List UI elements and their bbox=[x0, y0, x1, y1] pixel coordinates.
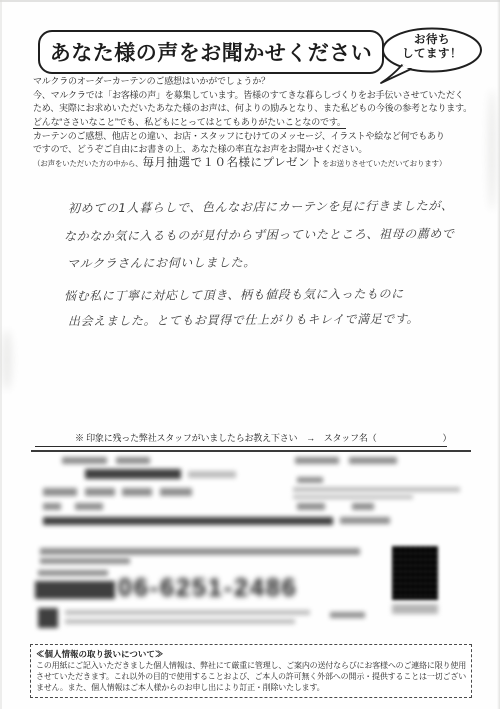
form-title: あなた様の声をお聞かせください bbox=[50, 37, 373, 67]
customer-voice-form-scan: あなた様の声をお聞かせください お待ち してます！ マルクラのオーダーカーテンの… bbox=[0, 0, 500, 709]
intro-line-4: どんな“ささいなこと”でも、私どもにとってはとてもありがたいことなのです。 bbox=[33, 115, 473, 128]
redacted-customer-field bbox=[297, 477, 323, 483]
prize-note-suffix: をお送りさせていただいております） bbox=[322, 159, 446, 168]
redacted-customer-field bbox=[352, 503, 374, 510]
redacted-customer-field bbox=[295, 457, 339, 464]
scan-artifact bbox=[488, 90, 496, 210]
handwritten-line-4: 悩む私に丁寧に対応して頂き、柄も値段も気に入ったものに bbox=[64, 285, 404, 304]
scan-artifact bbox=[2, 330, 12, 390]
handwritten-line-3: マルクラさんにお伺いしました。 bbox=[67, 253, 256, 271]
prize-note-prefix: （お声をいただいた方の中から、 bbox=[33, 159, 143, 168]
redacted-customer-field bbox=[75, 503, 103, 510]
redacted-customer-address bbox=[43, 517, 333, 525]
scan-edge-top bbox=[0, 0, 500, 2]
redacted-customer-field bbox=[188, 471, 236, 478]
redacted-shop-info-line bbox=[40, 558, 130, 564]
privacy-policy-title: ≪個人情報の取り扱いについて≫ bbox=[36, 648, 466, 660]
section-divider-rule bbox=[31, 450, 471, 452]
redacted-shop-info-line bbox=[65, 619, 295, 624]
prize-note-highlight: 毎月抽選で１０名様にプレゼント bbox=[143, 157, 323, 169]
shop-phone-number: 06-6251-2486 bbox=[118, 574, 298, 603]
redacted-customer-field bbox=[293, 487, 460, 492]
intro-underlined-text: どんな“ささいなこと”でも、私どもにとってはとてもありがたいことなのです。 bbox=[33, 117, 346, 129]
intro-line-2: 今、マルクラでは「お客様の声」を募集しています。皆様のすてきな暮らしづくりをお手… bbox=[33, 88, 473, 101]
redacted-shop-info-line bbox=[38, 570, 108, 576]
qr-code-caption bbox=[392, 604, 438, 614]
intro-line-5: カーテンのご感想、他店との違い、お店・スタッフにむけてのメッセージ、イラストや絵… bbox=[33, 129, 473, 142]
handwritten-line-1: 初めての1人暮らしで、色んなお店にカーテンを見に行きましたが、 bbox=[68, 197, 454, 217]
prize-note: （お声をいただいた方の中から、毎月抽選で１０名様にプレゼントをお送りさせていただ… bbox=[33, 154, 473, 170]
redacted-customer-field bbox=[43, 503, 61, 510]
redacted-customer-field bbox=[297, 503, 325, 510]
speech-bubble-text: お待ち してます！ bbox=[378, 33, 486, 61]
intro-line-3: ため、実際にお求めいただいたあなた様のお声は、何よりの励みとなり、また私どもの今… bbox=[33, 101, 473, 114]
redacted-shop-logo bbox=[38, 608, 58, 628]
redacted-customer-field bbox=[43, 488, 77, 496]
redacted-customer-field bbox=[122, 488, 152, 496]
redacted-shop-info-line bbox=[330, 612, 365, 618]
redacted-customer-field bbox=[293, 495, 413, 499]
qr-code bbox=[392, 546, 438, 600]
bubble-line2: してます！ bbox=[378, 47, 486, 61]
redacted-customer-field bbox=[85, 488, 115, 496]
redacted-phone-label bbox=[35, 581, 115, 599]
redacted-shop-info-line bbox=[40, 548, 360, 555]
redacted-customer-name bbox=[85, 469, 181, 479]
form-title-box: あなた様の声をお聞かせください bbox=[38, 30, 384, 74]
redacted-shop-info-line bbox=[65, 610, 310, 615]
intro-line-1: マルクラのオーダーカーテンのご感想はいかがでしょうか？ bbox=[33, 74, 473, 87]
handwritten-line-5: 出会えました。とてもお買得で仕上がりもキレイで満足です。 bbox=[68, 310, 419, 329]
redacted-customer-field bbox=[340, 517, 390, 524]
redacted-customer-field bbox=[349, 457, 397, 464]
privacy-policy-box: ≪個人情報の取り扱いについて≫ この用紙にご記入いただきました個人情報は、弊社に… bbox=[30, 644, 472, 698]
redacted-customer-field bbox=[62, 457, 107, 464]
redacted-customer-field bbox=[116, 457, 150, 464]
staff-name-row: ※ 印象に残った弊社スタッフがいましたらお教え下さい → スタッフ名（） bbox=[35, 431, 447, 447]
privacy-policy-body: この用紙にご記入いただきました個人情報は、弊社にて厳重に管理し、ご案内の送付なら… bbox=[36, 660, 466, 693]
redacted-customer-field bbox=[160, 488, 192, 496]
bubble-line1: お待ち bbox=[378, 33, 486, 47]
staff-prompt-close: ） bbox=[443, 433, 452, 443]
handwritten-line-2: なかなか気に入るものが見付からず困っていたところ、祖母の薦めで bbox=[64, 225, 455, 245]
staff-prompt: ※ 印象に残った弊社スタッフがいましたらお教え下さい → スタッフ名（ bbox=[75, 433, 377, 443]
